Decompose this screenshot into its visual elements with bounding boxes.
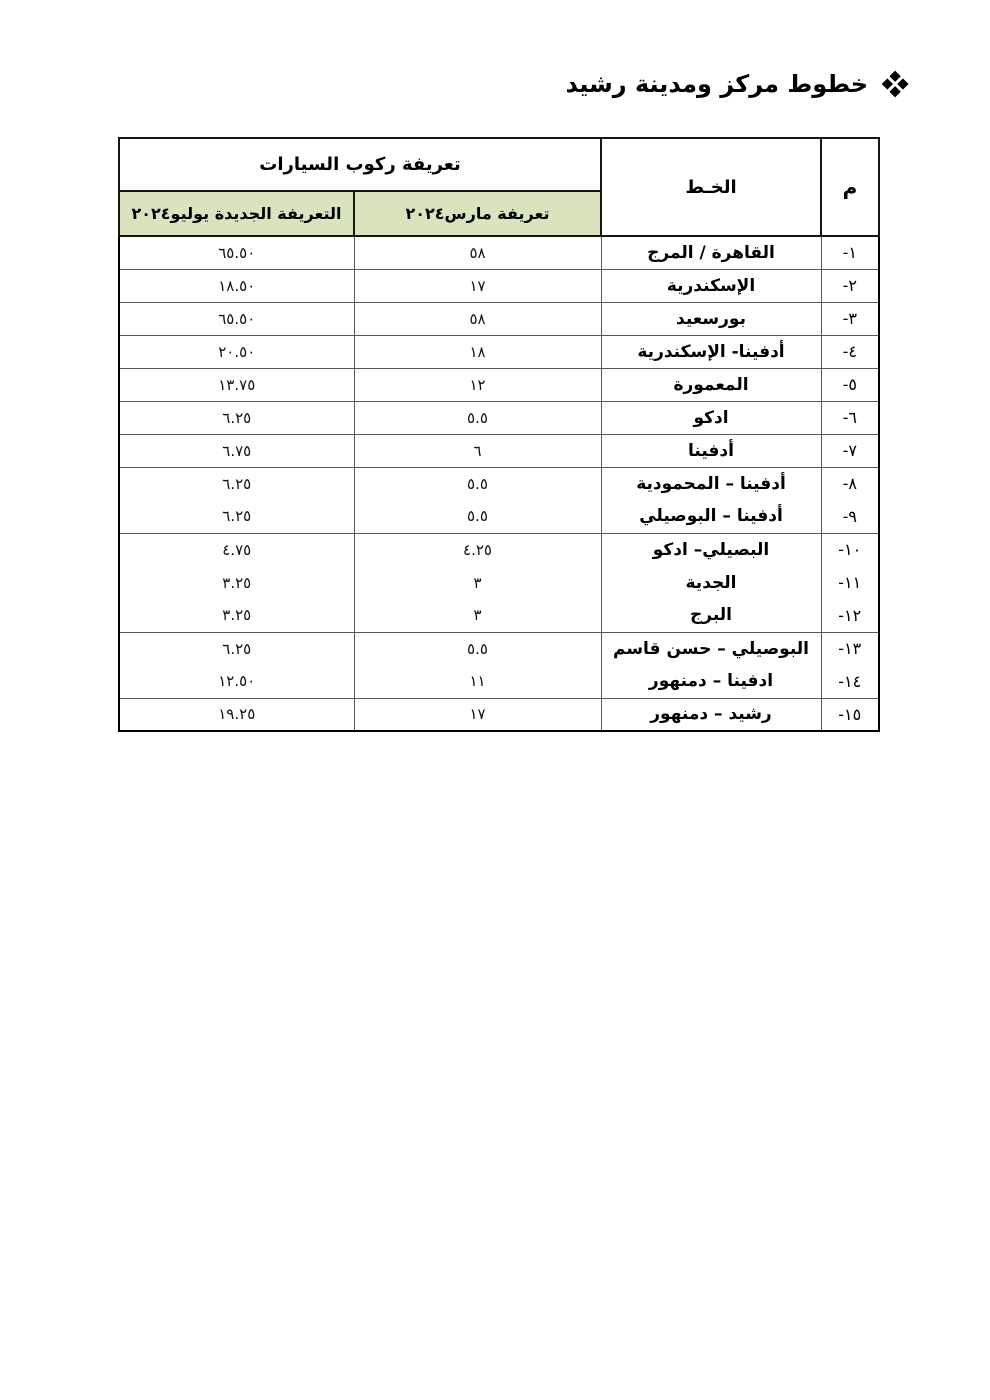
table-row: ١٢- البرج ٣ ٣.٢٥ [119,599,879,632]
march-tariff-cell: ١٢ [354,368,601,401]
route-name-cell: بورسعيد [601,302,821,335]
july-tariff-cell: ٣.٢٥ [119,566,354,599]
july-tariff-cell: ١٨.٥٠ [119,269,354,302]
july-tariff-cell: ٦.٢٥ [119,401,354,434]
route-name-cell: ادكو [601,401,821,434]
july-tariff-cell: ١٩.٢٥ [119,698,354,731]
july-tariff-cell: ٣.٢٥ [119,599,354,632]
route-name-cell: البصيلي– ادكو [601,533,821,566]
col-header-line: الخـط [601,138,821,236]
march-tariff-cell: ٥.٥ [354,632,601,665]
july-tariff-cell: ٦.٢٥ [119,632,354,665]
route-name-cell: أدفينا – البوصيلي [601,500,821,533]
tariff-table-header: م الخـط تعريفة ركوب السيارات تعريفة مارس… [119,138,879,236]
table-row: ٣- بورسعيد ٥٨ ٦٥.٥٠ [119,302,879,335]
july-tariff-cell: ٦.٢٥ [119,500,354,533]
row-number-cell: ٩- [821,500,879,533]
table-row: ٦- ادكو ٥.٥ ٦.٢٥ [119,401,879,434]
march-tariff-cell: ١١ [354,665,601,698]
march-tariff-cell: ١٨ [354,335,601,368]
july-tariff-cell: ٦.٧٥ [119,434,354,467]
march-tariff-cell: ٤.٢٥ [354,533,601,566]
table-row: ١٥- رشيد – دمنهور ١٧ ١٩.٢٥ [119,698,879,731]
route-name-cell: الإسكندرية [601,269,821,302]
document-page: خطوط مركز ومدينة رشيد م الخـط تعريفة ركو… [0,0,990,1400]
tariff-table: م الخـط تعريفة ركوب السيارات تعريفة مارس… [118,137,880,732]
july-tariff-cell: ١٢.٥٠ [119,665,354,698]
route-name-cell: رشيد – دمنهور [601,698,821,731]
july-tariff-cell: ٦٥.٥٠ [119,302,354,335]
row-number-cell: ٢- [821,269,879,302]
row-number-cell: ١١- [821,566,879,599]
route-name-cell: البرج [601,599,821,632]
diamond-bullet-icon [877,68,908,99]
row-number-cell: ١٣- [821,632,879,665]
table-row: ٢- الإسكندرية ١٧ ١٨.٥٠ [119,269,879,302]
march-tariff-cell: ١٧ [354,698,601,731]
row-number-cell: ١- [821,236,879,269]
route-name-cell: أدفينا [601,434,821,467]
col-header-july-tariff: التعريفة الجديدة يوليو٢٠٢٤ [119,191,354,236]
document-title-row: خطوط مركز ومدينة رشيد [566,70,904,98]
march-tariff-cell: ٥٨ [354,236,601,269]
table-row: ١٣- البوصيلي – حسن قاسم ٥.٥ ٦.٢٥ [119,632,879,665]
tariff-table-body: ١- القاهرة / المرج ٥٨ ٦٥.٥٠ ٢- الإسكندري… [119,236,879,731]
col-header-tariff-group: تعريفة ركوب السيارات [119,138,601,191]
march-tariff-cell: ٥٨ [354,302,601,335]
col-header-num: م [821,138,879,236]
row-number-cell: ١٥- [821,698,879,731]
row-number-cell: ٣- [821,302,879,335]
table-row: ٩- أدفينا – البوصيلي ٥.٥ ٦.٢٥ [119,500,879,533]
table-row: ١١- الجدية ٣ ٣.٢٥ [119,566,879,599]
table-row: ٤- أدفينا- الإسكندرية ١٨ ٢٠.٥٠ [119,335,879,368]
row-number-cell: ٤- [821,335,879,368]
march-tariff-cell: ٣ [354,566,601,599]
route-name-cell: القاهرة / المرج [601,236,821,269]
route-name-cell: الجدية [601,566,821,599]
page-title: خطوط مركز ومدينة رشيد [566,70,868,98]
march-tariff-cell: ١٧ [354,269,601,302]
july-tariff-cell: ٢٠.٥٠ [119,335,354,368]
march-tariff-cell: ٥.٥ [354,467,601,500]
col-header-march-tariff: تعريفة مارس٢٠٢٤ [354,191,601,236]
row-number-cell: ٥- [821,368,879,401]
route-name-cell: المعمورة [601,368,821,401]
row-number-cell: ١٤- [821,665,879,698]
july-tariff-cell: ٦٥.٥٠ [119,236,354,269]
table-row: ٨- أدفينا – المحمودية ٥.٥ ٦.٢٥ [119,467,879,500]
row-number-cell: ١٢- [821,599,879,632]
row-number-cell: ١٠- [821,533,879,566]
march-tariff-cell: ٣ [354,599,601,632]
table-row: ٥- المعمورة ١٢ ١٣.٧٥ [119,368,879,401]
march-tariff-cell: ٥.٥ [354,500,601,533]
march-tariff-cell: ٥.٥ [354,401,601,434]
row-number-cell: ٧- [821,434,879,467]
route-name-cell: أدفينا – المحمودية [601,467,821,500]
table-row: ١٤- ادفينا – دمنهور ١١ ١٢.٥٠ [119,665,879,698]
march-tariff-cell: ٦ [354,434,601,467]
route-name-cell: ادفينا – دمنهور [601,665,821,698]
table-row: ٧- أدفينا ٦ ٦.٧٥ [119,434,879,467]
route-name-cell: البوصيلي – حسن قاسم [601,632,821,665]
table-row: ١٠- البصيلي– ادكو ٤.٢٥ ٤.٧٥ [119,533,879,566]
july-tariff-cell: ٦.٢٥ [119,467,354,500]
row-number-cell: ٦- [821,401,879,434]
july-tariff-cell: ٤.٧٥ [119,533,354,566]
route-name-cell: أدفينا- الإسكندرية [601,335,821,368]
row-number-cell: ٨- [821,467,879,500]
july-tariff-cell: ١٣.٧٥ [119,368,354,401]
table-row: ١- القاهرة / المرج ٥٨ ٦٥.٥٠ [119,236,879,269]
